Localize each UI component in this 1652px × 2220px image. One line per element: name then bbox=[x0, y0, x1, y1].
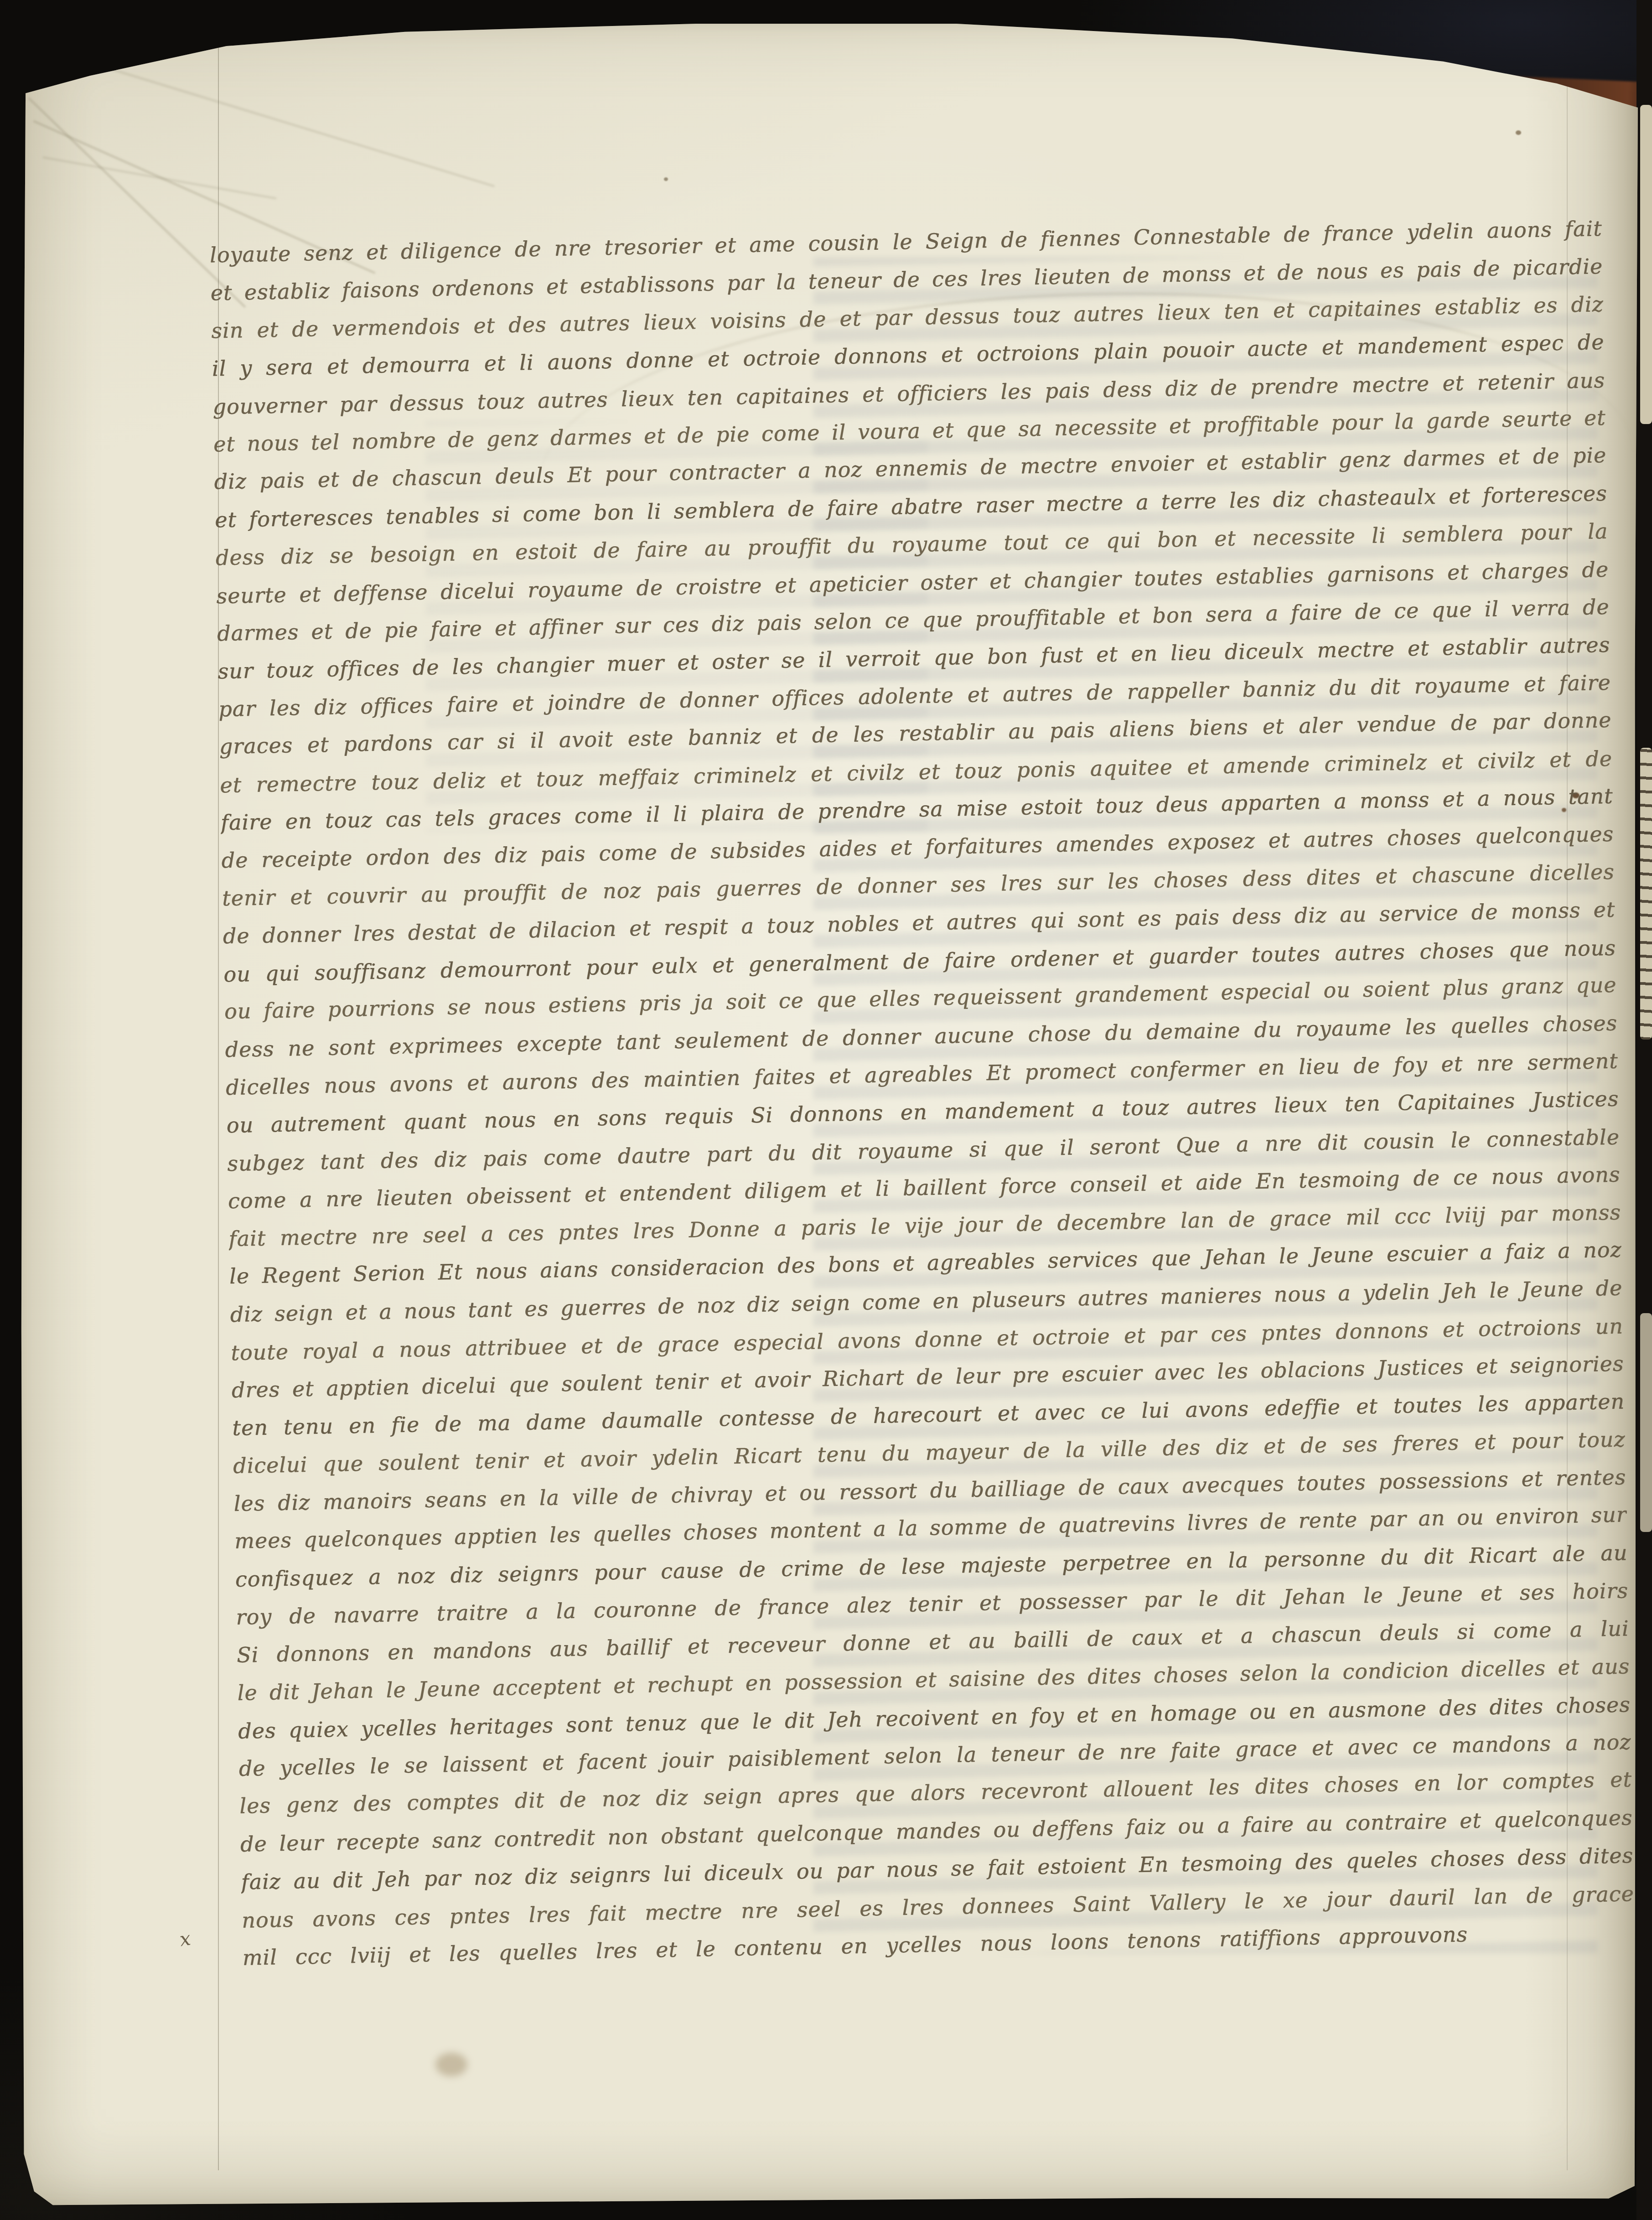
manuscript-scan: x loyaute senz et diligence de nre treso… bbox=[0, 0, 1652, 2220]
next-folio-sliver bbox=[1640, 105, 1652, 424]
stain bbox=[664, 177, 668, 181]
margin-mark: x bbox=[178, 1927, 192, 1951]
parchment-page: x loyaute senz et diligence de nre treso… bbox=[16, 11, 1638, 2207]
stain bbox=[1516, 130, 1521, 135]
stain bbox=[435, 2053, 467, 2076]
corner-fold-crease bbox=[43, 157, 276, 199]
manuscript-text: loyaute senz et diligence de nre tresori… bbox=[209, 210, 1635, 1977]
next-folio-sliver bbox=[1640, 1313, 1652, 1532]
corner-fold-crease bbox=[102, 66, 495, 187]
next-folio-edge bbox=[1636, 0, 1652, 2220]
next-folio-text-fragment bbox=[1640, 748, 1652, 1040]
